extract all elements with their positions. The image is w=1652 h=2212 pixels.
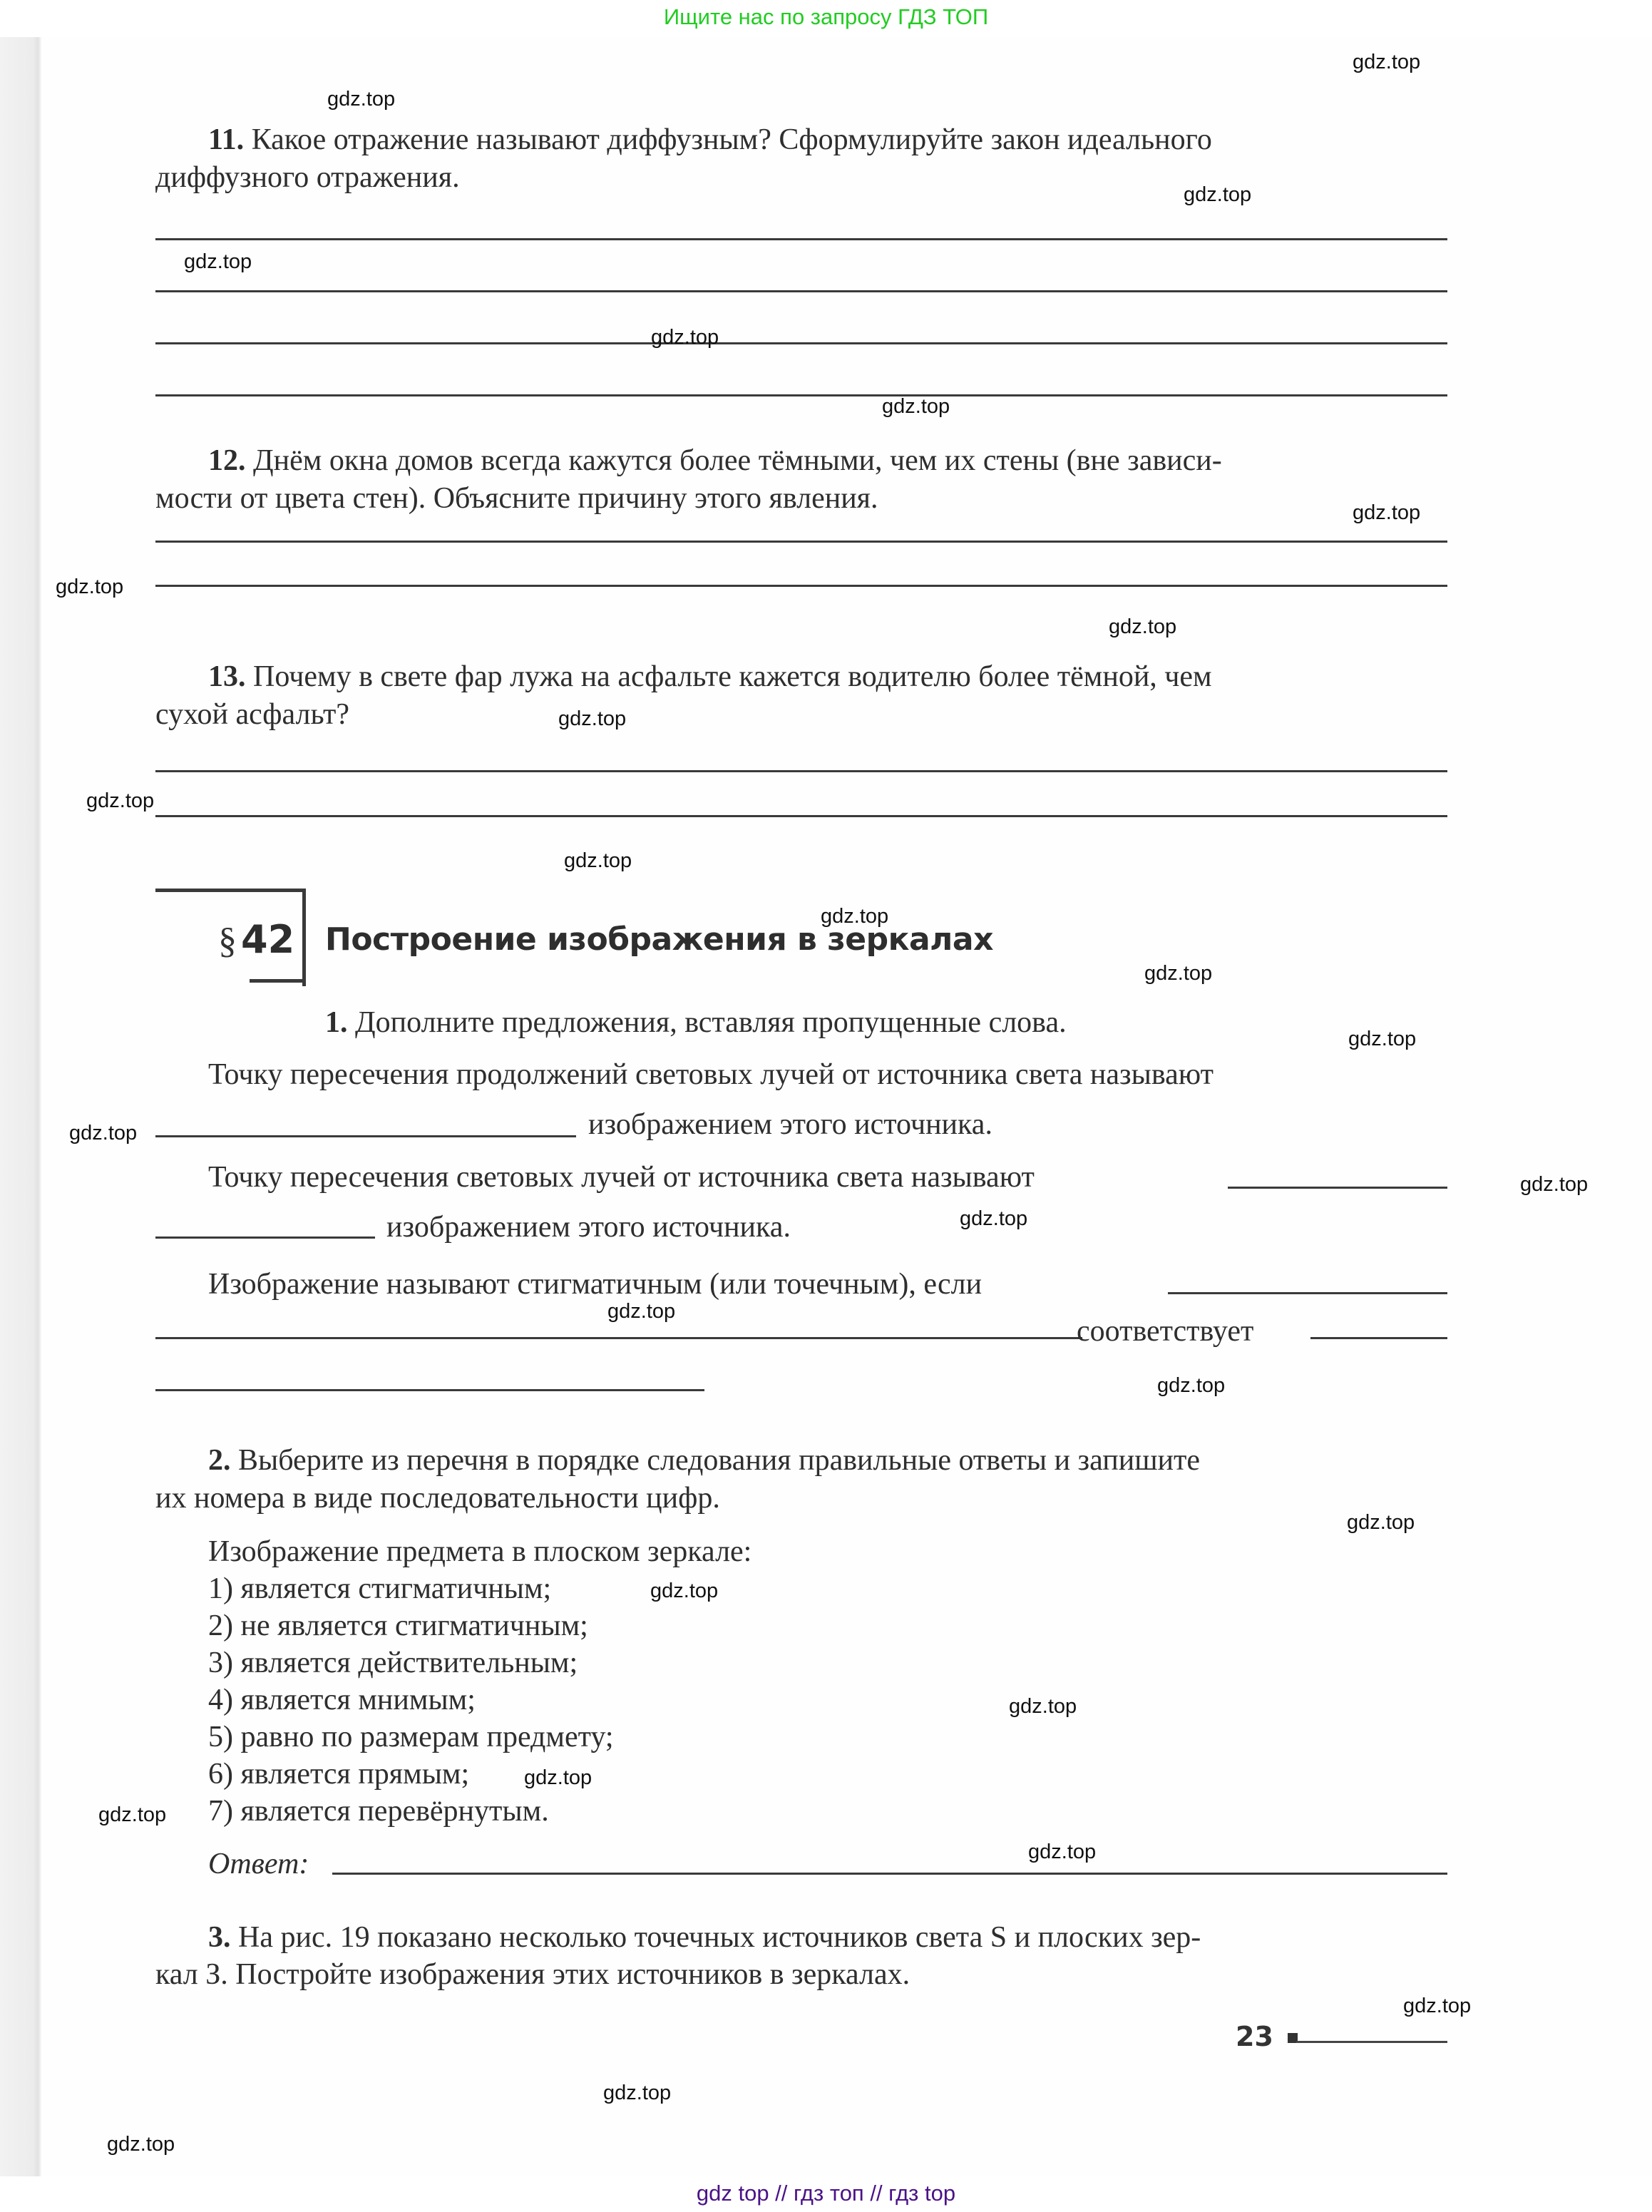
footer-watermark: gdz top // гдз топ // гдз top (0, 2181, 1652, 2206)
option-1: 1) является стигматичным; (208, 1568, 551, 1609)
watermark: gdz.top (69, 1121, 137, 1145)
watermark: gdz.top (1347, 1510, 1415, 1535)
task-2-prompt-line-2: их номера в виде последовательности цифр… (155, 1478, 720, 1519)
answer-line[interactable] (155, 541, 1447, 543)
fill-blank[interactable] (155, 1135, 576, 1137)
watermark: gdz.top (1157, 1373, 1225, 1398)
section-title: Построение изображения в зеркалах (325, 921, 993, 958)
task-2-number: 2. (208, 1444, 231, 1477)
watermark: gdz.top (184, 250, 252, 274)
section-frame-bottom (250, 979, 306, 983)
task-12-text: Днём окна домов всегда кажутся более тём… (253, 444, 1222, 477)
watermark: gdz.top (1028, 1840, 1096, 1864)
watermark: gdz.top (327, 87, 395, 111)
task-11-text: Какое отражение называют диффузным? Сфор… (252, 123, 1212, 156)
page-number-rule (1296, 2041, 1447, 2043)
task-1-sentence-3b: соответствует (1077, 1311, 1253, 1352)
option-5: 5) равно по размерам предмету; (208, 1716, 614, 1758)
task-2-subtitle: Изображение предмета в плоском зеркале: (208, 1531, 751, 1572)
task-3-line-2: кал З. Постройте изображения этих источн… (155, 1954, 910, 1995)
task-11-line-1: 11. Какое отражение называют диффузным? … (208, 119, 1212, 160)
watermark: gdz.top (603, 2081, 671, 2105)
watermark: gdz.top (1520, 1172, 1588, 1197)
watermark: gdz.top (1144, 961, 1212, 985)
task-2-prompt-line-1: 2. Выберите из перечня в порядке следова… (208, 1440, 1200, 1481)
watermark: gdz.top (960, 1207, 1027, 1231)
fill-blank[interactable] (1310, 1337, 1447, 1339)
watermark: gdz.top (56, 575, 123, 599)
task-11-line-2: диффузного отражения. (155, 157, 460, 198)
task-1-text: Дополните предложения, вставляя пропущен… (355, 1006, 1067, 1039)
watermark: gdz.top (86, 789, 154, 813)
answer-input-line[interactable] (332, 1873, 1447, 1875)
section-sign: § (218, 920, 237, 962)
watermark: gdz.top (1348, 1027, 1416, 1051)
watermark: gdz.top (564, 849, 632, 873)
fill-blank[interactable] (155, 1389, 704, 1391)
task-12-line-2: мости от цвета стен). Объясните причину … (155, 478, 878, 519)
answer-line[interactable] (155, 238, 1447, 240)
watermark: gdz.top (107, 2132, 175, 2156)
watermark: gdz.top (1353, 50, 1420, 74)
answer-line[interactable] (155, 815, 1447, 817)
fill-blank[interactable] (1168, 1292, 1447, 1294)
page-number: 23 (1236, 2021, 1273, 2052)
watermark: gdz.top (1009, 1694, 1077, 1719)
fill-blank[interactable] (155, 1236, 375, 1239)
fill-blank[interactable] (1228, 1187, 1447, 1189)
task-11-number: 11. (208, 123, 244, 156)
task-1-sentence-1a: Точку пересечения продолжений световых л… (208, 1054, 1214, 1095)
watermark: gdz.top (524, 1766, 592, 1790)
answer-line[interactable] (155, 585, 1447, 587)
watermark: gdz.top (98, 1803, 166, 1827)
answer-line[interactable] (155, 290, 1447, 292)
task-1-sentence-1b: изображением этого источника. (588, 1104, 992, 1145)
watermark: gdz.top (1403, 1994, 1471, 2018)
watermark: gdz.top (650, 1579, 718, 1603)
option-7: 7) является перевёрнутым. (208, 1791, 549, 1832)
watermark: gdz.top (821, 904, 888, 928)
fill-blank[interactable] (155, 1337, 1082, 1339)
watermark: gdz.top (1353, 501, 1420, 525)
answer-line[interactable] (155, 770, 1447, 772)
watermark: gdz.top (607, 1299, 675, 1323)
task-3-line-1: 3. На рис. 19 показано несколько точечны… (208, 1917, 1201, 1958)
page-gutter-shadow (0, 37, 41, 2176)
task-13-line-1: 13. Почему в свете фар лужа на асфальте … (208, 656, 1212, 697)
task-2-text: Выберите из перечня в порядке следования… (238, 1444, 1200, 1477)
section-number: 42 (241, 917, 294, 962)
search-banner: Ищите нас по запросу ГДЗ ТОП (0, 0, 1652, 34)
task-12-line-1: 12. Днём окна домов всегда кажутся более… (208, 440, 1222, 481)
task-1-prompt: 1. Дополните предложения, вставляя пропу… (325, 1002, 1067, 1043)
watermark: gdz.top (558, 707, 626, 731)
task-13-text: Почему в свете фар лужа на асфальте каже… (253, 660, 1212, 693)
task-1-number: 1. (325, 1006, 348, 1039)
option-2: 2) не является стигматичным; (208, 1605, 588, 1647)
task-13-line-2: сухой асфальт? (155, 694, 349, 735)
answer-line[interactable] (155, 394, 1447, 396)
task-12-number: 12. (208, 444, 246, 477)
task-1-sentence-2a: Точку пересечения световых лучей от исто… (208, 1157, 1035, 1198)
task-13-number: 13. (208, 660, 246, 693)
option-6: 6) является прямым; (208, 1753, 469, 1795)
task-3-number: 3. (208, 1921, 231, 1954)
task-1-sentence-2b: изображением этого источника. (386, 1207, 791, 1248)
task-3-text: На рис. 19 показано несколько точечных и… (238, 1921, 1201, 1954)
answer-line[interactable] (155, 342, 1447, 344)
watermark: gdz.top (882, 394, 950, 419)
option-3: 3) является действительным; (208, 1642, 578, 1684)
watermark: gdz.top (651, 325, 719, 349)
watermark: gdz.top (1184, 183, 1251, 207)
task-1-sentence-3a: Изображение называют стигматичным (или т… (208, 1264, 982, 1305)
watermark: gdz.top (1109, 615, 1176, 639)
answer-label: Ответ: (208, 1843, 309, 1885)
option-4: 4) является мнимым; (208, 1679, 476, 1721)
